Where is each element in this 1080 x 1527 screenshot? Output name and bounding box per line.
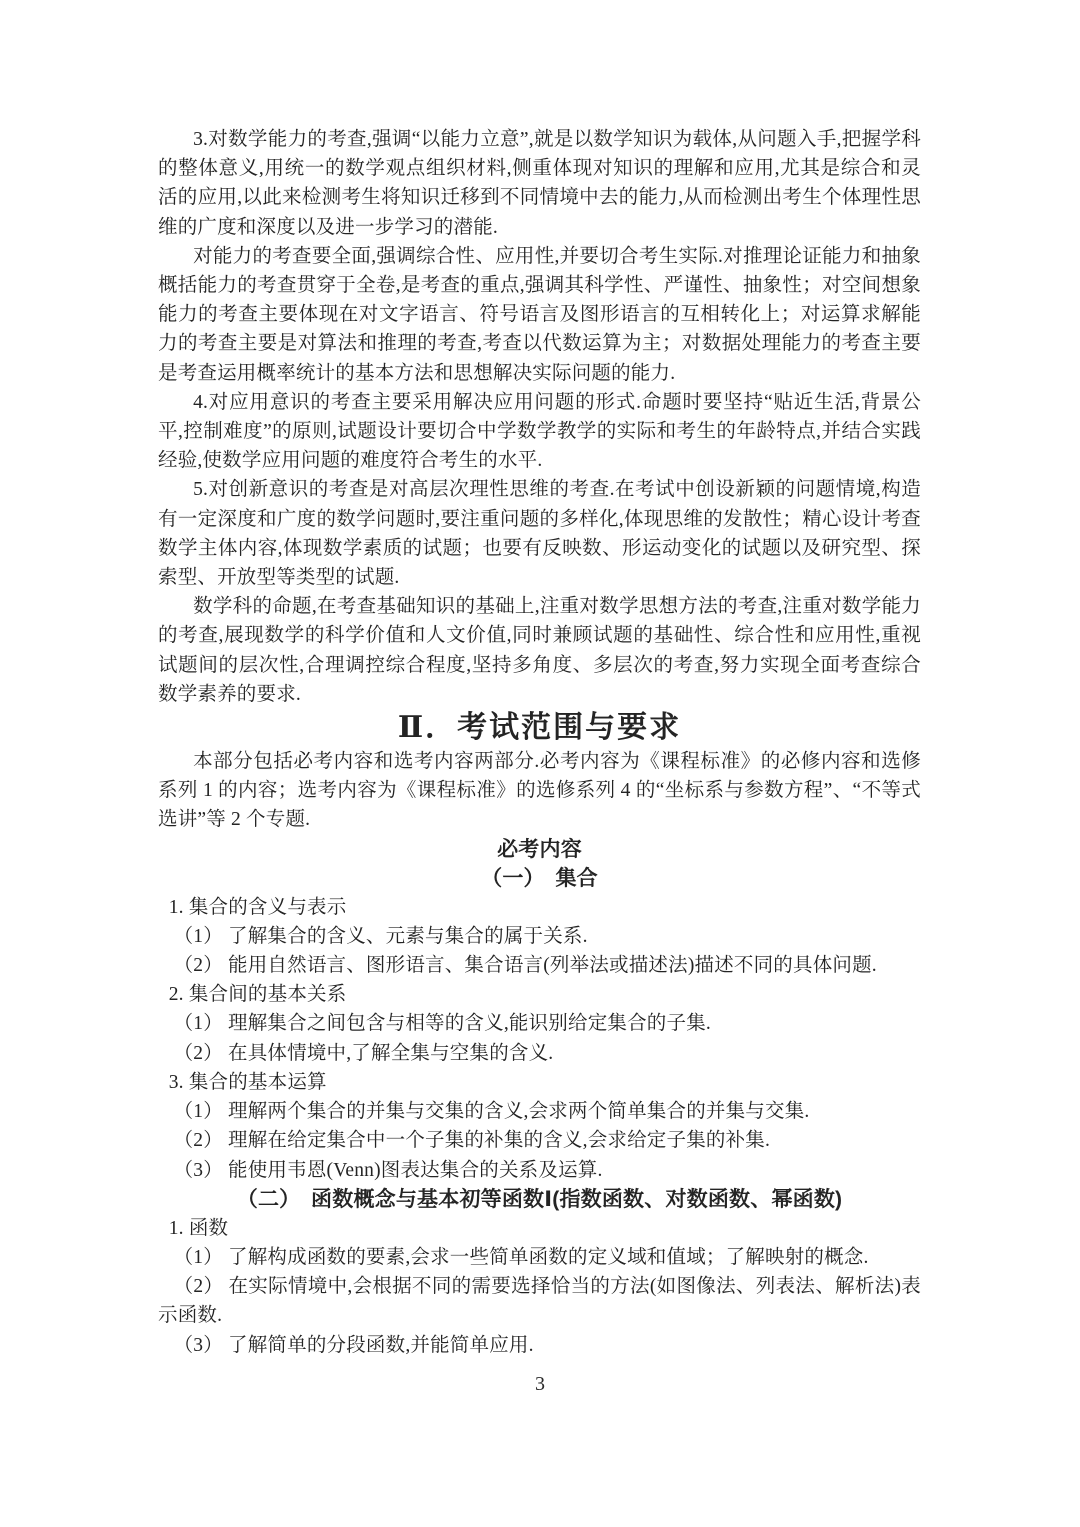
list-item: （2） 能用自然语言、图形语言、集合语言(列举法或描述法)描述不同的具体问题.: [158, 951, 921, 980]
list-item: （3） 了解简单的分段函数,并能简单应用.: [158, 1331, 921, 1360]
list-item: 1. 函数: [158, 1214, 921, 1243]
topic-heading-functions: （二） 函数概念与基本初等函数Ⅰ(指数函数、对数函数、幂函数): [158, 1185, 921, 1214]
page-number: 3: [535, 1373, 545, 1395]
list-item: 2. 集合间的基本关系: [158, 980, 921, 1009]
list-item: （1） 理解两个集合的并集与交集的含义,会求两个简单集合的并集与交集.: [158, 1097, 921, 1126]
list-item: （3） 能使用韦恩(Venn)图表达集合的关系及运算.: [158, 1156, 921, 1185]
list-item: （1） 理解集合之间包含与相等的含义,能识别给定集合的子集.: [158, 1009, 921, 1038]
paragraph: 对能力的考查要全面,强调综合性、应用性,并要切合考生实际.对推理论证能力和抽象概…: [158, 242, 921, 388]
list-item: （1） 了解构成函数的要素,会求一些简单函数的定义域和值域；了解映射的概念.: [158, 1243, 921, 1272]
list-item: （2） 在具体情境中,了解全集与空集的含义.: [158, 1039, 921, 1068]
paragraph: 数学科的命题,在考查基础知识的基础上,注重对数学思想方法的考查,注重对数学能力的…: [158, 592, 921, 709]
section-intro-paragraph: 本部分包括必考内容和选考内容两部分.必考内容为《课程标准》的必修内容和选修系列 …: [158, 747, 921, 835]
section-title: Ⅱ．考试范围与要求: [158, 709, 921, 747]
list-item: 3. 集合的基本运算: [158, 1068, 921, 1097]
paragraph: 4.对应用意识的考查主要采用解决应用问题的形式.命题时要坚持“贴近生活,背景公平…: [158, 388, 921, 476]
page-footer: 3: [0, 1372, 1080, 1396]
list-item: 1. 集合的含义与表示: [158, 893, 921, 922]
topic-heading-sets: （一） 集合: [158, 864, 921, 893]
list-item: （2） 理解在给定集合中一个子集的补集的含义,会求给定子集的补集.: [158, 1126, 921, 1155]
list-item: （2） 在实际情境中,会根据不同的需要选择恰当的方法(如图像法、列表法、解析法)…: [158, 1272, 921, 1330]
list-item: （1） 了解集合的含义、元素与集合的属于关系.: [158, 922, 921, 951]
paragraph: 5.对创新意识的考查是对高层次理性思维的考查.在考试中创设新颖的问题情境,构造有…: [158, 475, 921, 592]
paragraph: 3.对数学能力的考查,强调“以能力立意”,就是以数学知识为载体,从问题入手,把握…: [158, 125, 921, 242]
page-content: 3.对数学能力的考查,强调“以能力立意”,就是以数学知识为载体,从问题入手,把握…: [158, 125, 921, 1360]
required-content-heading: 必考内容: [158, 835, 921, 864]
document-page: 3.对数学能力的考查,强调“以能力立意”,就是以数学知识为载体,从问题入手,把握…: [0, 0, 1080, 1527]
